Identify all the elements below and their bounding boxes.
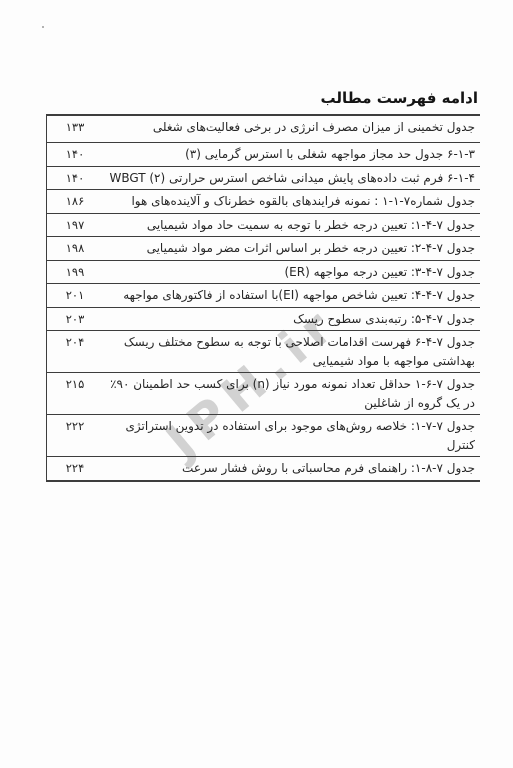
- table-row: جدول تخمینی از میزان مصرف انرژی در برخی …: [47, 116, 480, 143]
- toc-entry-label: ۶-۱-۴ فرم ثبت داده‌های پایش میدانی شاخص …: [103, 167, 480, 190]
- toc-entry-page: ۲۰۴: [47, 331, 103, 351]
- toc-entry-label: جدول تخمینی از میزان مصرف انرژی در برخی …: [103, 116, 480, 139]
- table-row: جدول ۷-۸-۱: راهنمای فرم محاسباتی با روش …: [47, 457, 480, 482]
- toc-entry-page: ۱۸۶: [47, 190, 103, 210]
- table-row: جدول ۷-۴-۵: رتبه‌بندی سطوح ریسک ۲۰۳: [47, 308, 480, 332]
- toc-entry-page: ۲۰۳: [47, 308, 103, 328]
- table-row: جدول ۷-۷-۱: خلاصه روش‌های موجود برای است…: [47, 415, 480, 457]
- toc-entry-label: جدول شماره۷-۱-۱ : نمونه فرایندهای بالقوه…: [103, 190, 480, 213]
- toc-entry-label: جدول ۷-۷-۱: خلاصه روش‌های موجود برای است…: [103, 415, 480, 456]
- toc-entry-page: ۱۴۰: [47, 143, 103, 163]
- table-row: جدول ۷-۴-۲: تعیین درجه خطر بر اساس اثرات…: [47, 237, 480, 261]
- table-row: جدول ۷-۶-۱ حداقل تعداد نمونه مورد نیاز (…: [47, 373, 480, 415]
- table-row: ۶-۱-۴ فرم ثبت داده‌های پایش میدانی شاخص …: [47, 167, 480, 191]
- toc-entry-label: جدول ۷-۴-۳: تعیین درجه مواجهه (ER): [103, 261, 480, 284]
- toc-entry-page: ۲۲۴: [47, 457, 103, 477]
- toc-entry-label: جدول ۷-۴-۴: تعیین شاخص مواجهه (EI)با است…: [103, 284, 480, 307]
- toc-entry-label: جدول ۷-۶-۱ حداقل تعداد نمونه مورد نیاز (…: [103, 373, 480, 414]
- toc-entry-page: ۱۴۰: [47, 167, 103, 187]
- scan-speck: [42, 26, 44, 28]
- toc-entry-label: ۶-۱-۳ جدول حد مجاز مواجهه شغلی با استرس …: [103, 143, 480, 166]
- toc-entry-page: ۱۹۷: [47, 214, 103, 234]
- toc-entry-label: جدول ۷-۴-۲: تعیین درجه خطر بر اساس اثرات…: [103, 237, 480, 260]
- table-row: جدول ۷-۴-۴: تعیین شاخص مواجهه (EI)با است…: [47, 284, 480, 308]
- table-row: جدول ۷-۴-۳: تعیین درجه مواجهه (ER) ۱۹۹: [47, 261, 480, 285]
- page-title: ادامه فهرست مطالب: [320, 89, 478, 107]
- toc-entry-page: ۲۱۵: [47, 373, 103, 393]
- table-row: جدول شماره۷-۱-۱ : نمونه فرایندهای بالقوه…: [47, 190, 480, 214]
- toc-entry-page: ۱۳۳: [47, 116, 103, 136]
- toc-entry-label: جدول ۷-۸-۱: راهنمای فرم محاسباتی با روش …: [103, 457, 480, 480]
- table-row: جدول ۷-۴-۱: تعیین درجه خطر با توجه به سم…: [47, 214, 480, 238]
- table-row: جدول ۷-۴-۶ فهرست اقدامات اصلاحی با توجه …: [47, 331, 480, 373]
- toc-entry-page: ۱۹۹: [47, 261, 103, 281]
- toc-entry-page: ۱۹۸: [47, 237, 103, 257]
- table-row: ۶-۱-۳ جدول حد مجاز مواجهه شغلی با استرس …: [47, 143, 480, 167]
- toc-entry-page: ۲۰۱: [47, 284, 103, 304]
- toc-table: جدول تخمینی از میزان مصرف انرژی در برخی …: [46, 114, 480, 482]
- scanned-document-page: JPH.ir ادامه فهرست مطالب جدول تخمینی از …: [0, 0, 513, 768]
- toc-entry-label: جدول ۷-۴-۵: رتبه‌بندی سطوح ریسک: [103, 308, 480, 331]
- toc-entry-label: جدول ۷-۴-۱: تعیین درجه خطر با توجه به سم…: [103, 214, 480, 237]
- toc-entry-page: ۲۲۲: [47, 415, 103, 435]
- toc-entry-label: جدول ۷-۴-۶ فهرست اقدامات اصلاحی با توجه …: [103, 331, 480, 372]
